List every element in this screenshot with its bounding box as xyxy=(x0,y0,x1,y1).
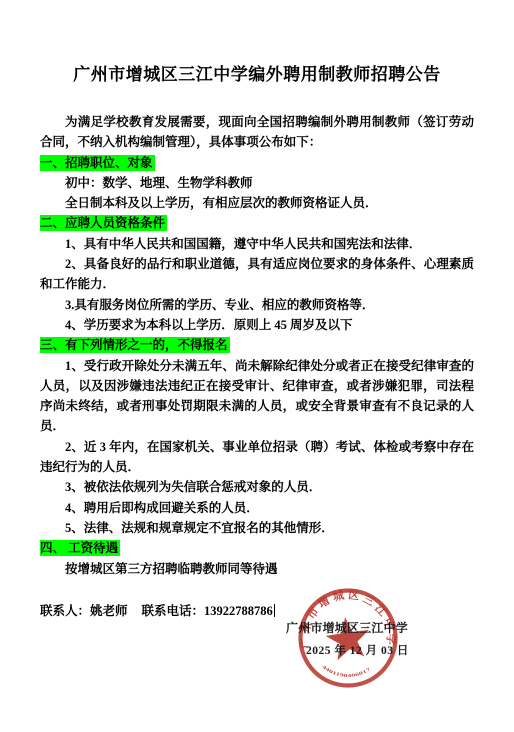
intro-paragraph[interactable]: 为满足学校教育发展需要，现面向全国招聘编制外聘用制教师（签订劳动合同，不纳入机构… xyxy=(40,112,474,153)
document-body: 为满足学校教育发展需要，现面向全国招聘编制外聘用制教师（签订劳动合同，不纳入机构… xyxy=(40,112,474,579)
paragraph[interactable]: 初中：数学、地理、生物学科教师 xyxy=(40,173,474,193)
paragraph[interactable]: 2、具备良好的品行和职业道德，具有适应岗位要求的身体条件、心理素质和工作能力． xyxy=(40,254,474,295)
paragraph[interactable]: 4、学历要求为本科以上学历．原则上 45 周岁及以下 xyxy=(40,315,474,335)
contact-phone-value: 13922788786 xyxy=(204,604,273,618)
contact-person-label: 联系人： xyxy=(40,604,90,618)
section-heading-4-highlight: 四、 工资待遇 xyxy=(40,540,120,556)
paragraph[interactable]: 2、近 3 年内，在国家机关、事业单位招录（聘）考试、体检或考察中存在违纪行为的… xyxy=(40,437,474,478)
paragraph[interactable]: 3.具有服务岗位所需的学历、专业、相应的教师资格等． xyxy=(40,295,474,315)
contact-line[interactable]: 联系人：姚老师联系电话：13922788786 xyxy=(40,603,514,619)
contact-phone-label: 联系电话： xyxy=(142,604,205,618)
section-heading-1-highlight: 一、招聘职位、对象 xyxy=(40,155,155,171)
signature-date: 2025 年 12 月 03 日 xyxy=(306,642,409,658)
section-heading-2[interactable]: 二、应聘人员资格条件 xyxy=(40,213,474,233)
paragraph[interactable]: 1、具有中华人民共和国国籍，遵守中华人民共和国宪法和法律． xyxy=(40,234,474,254)
contact-person-value: 姚老师 xyxy=(90,604,128,618)
document-page[interactable]: 广州市增城区三江中学编外聘用制教师招聘公告 为满足学校教育发展需要，现面向全国招… xyxy=(0,0,514,732)
page-title[interactable]: 广州市增城区三江中学编外聘用制教师招聘公告 xyxy=(0,0,514,85)
paragraph[interactable]: 1、受行政开除处分未满五年、尚未解除纪律处分或者正在接受纪律审查的人员，以及因涉… xyxy=(40,356,474,437)
signature-org: 广州市增城区三江中学 xyxy=(286,619,409,636)
signature-block[interactable]: 广州市增城区三江中学 2025 年 12 月 03 日 xyxy=(286,619,409,658)
section-heading-2-highlight: 二、应聘人员资格条件 xyxy=(40,215,167,231)
paragraph[interactable]: 3、被依法依规列为失信联合惩戒对象的人员． xyxy=(40,477,474,497)
paragraph[interactable]: 5、法律、法规和规章规定不宜报名的其他情形． xyxy=(40,518,474,538)
section-heading-3[interactable]: 三、有下列情形之一的，不得报名 xyxy=(40,335,474,355)
section-heading-3-highlight: 三、有下列情形之一的，不得报名 xyxy=(40,337,230,353)
paragraph[interactable]: 全日制本科及以上学历，有相应层次的教师资格证人员． xyxy=(40,193,474,213)
paragraph[interactable]: 4、聘用后即构成回避关系的人员． xyxy=(40,498,474,518)
text-cursor xyxy=(274,604,276,617)
paragraph[interactable]: 按增城区第三方招聘临聘教师同等待遇 xyxy=(40,559,474,579)
section-heading-1[interactable]: 一、招聘职位、对象 xyxy=(40,153,474,173)
seal-serial-number: 4401190406017 xyxy=(321,664,372,678)
section-heading-4[interactable]: 四、 工资待遇 xyxy=(40,538,474,558)
